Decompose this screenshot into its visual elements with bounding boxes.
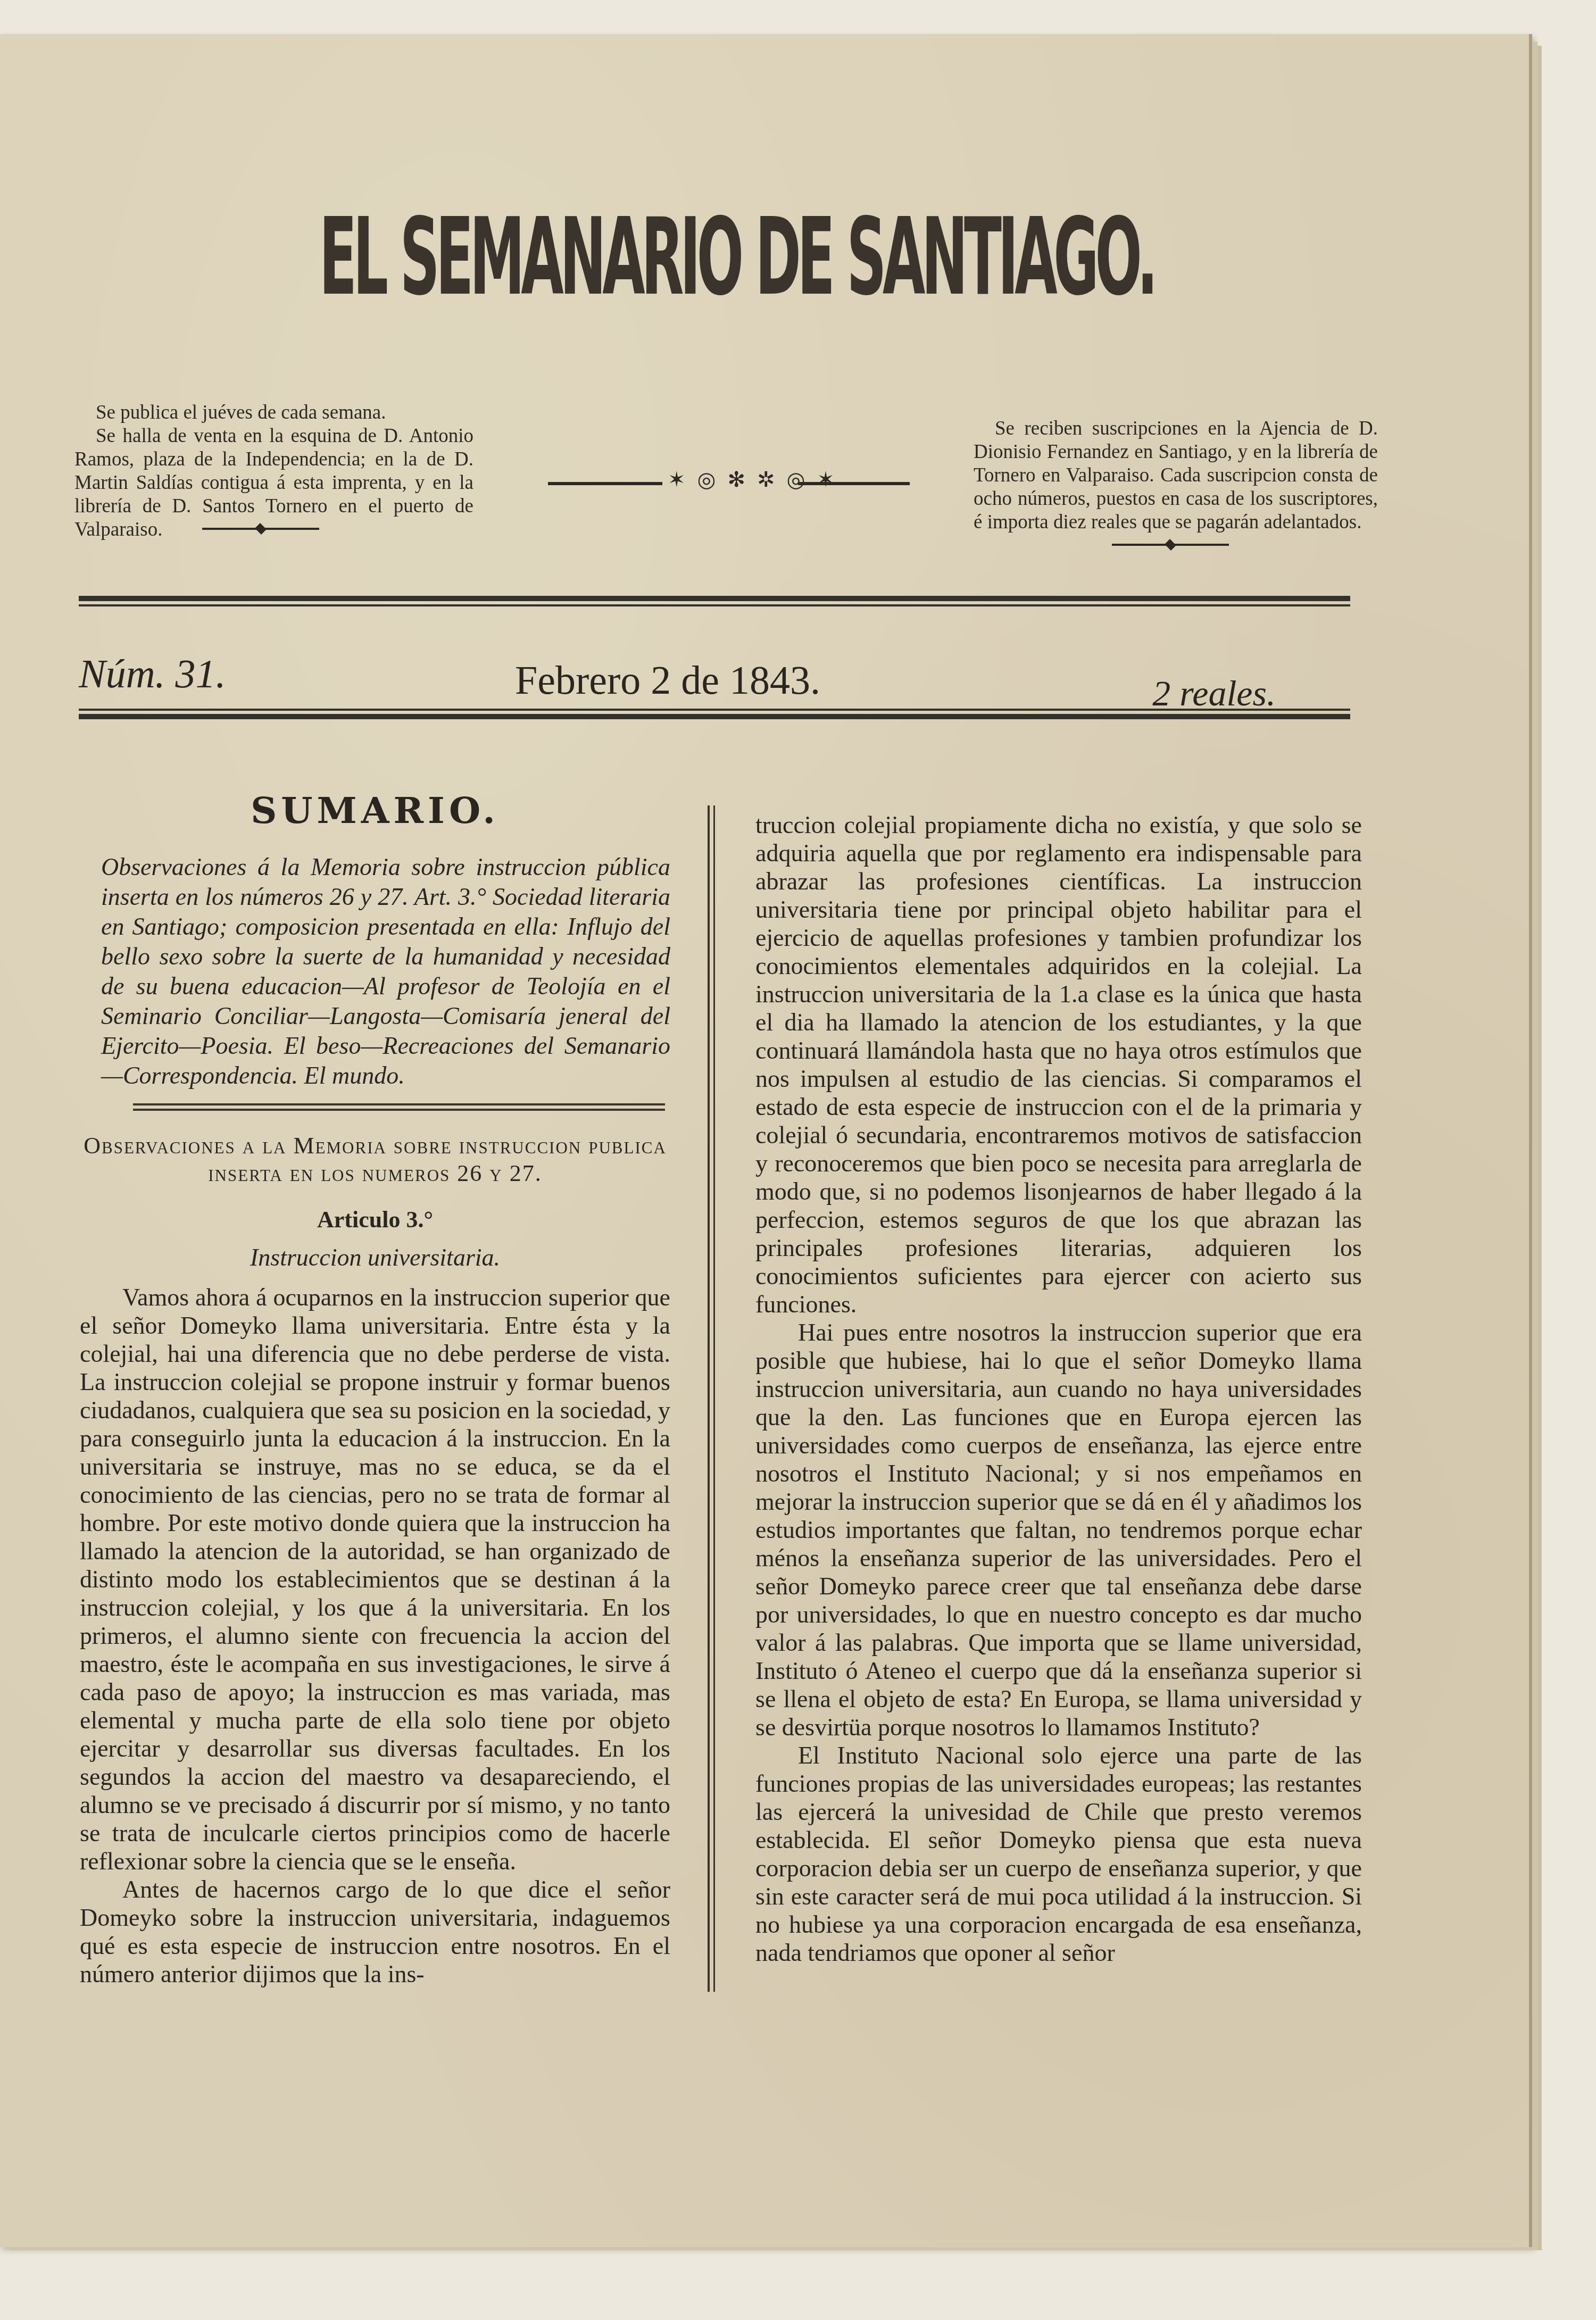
masthead-title: EL SEMANARIO DE SANTIAGO. xyxy=(319,204,1177,311)
sumario-title: SUMARIO. xyxy=(80,789,670,832)
article-number: Articulo 3.° xyxy=(80,1205,670,1234)
issue-date: Febrero 2 de 1843. xyxy=(515,658,820,704)
article-heading: Observaciones a la Memoria sobre instruc… xyxy=(80,1132,670,1187)
article-subtitle: Instruccion universitaria. xyxy=(80,1243,670,1271)
section-divider xyxy=(133,1103,665,1111)
article-paragraph: truccion colejial propiamente dicha no e… xyxy=(755,811,1362,1318)
right-column: truccion colejial propiamente dicha no e… xyxy=(755,811,1362,1967)
left-column: SUMARIO. Observaciones á la Memoria sobr… xyxy=(80,789,670,1988)
small-ornament-right xyxy=(1112,539,1229,550)
bottom-rule xyxy=(79,705,1350,719)
ornament-glyphs: ✶ ◎ ✻ ✲ ◎ ✶ xyxy=(668,467,838,492)
top-rule xyxy=(79,596,1350,610)
center-ornament: ✶ ◎ ✻ ✲ ◎ ✶ xyxy=(548,470,910,497)
page-edge xyxy=(1529,34,1532,2247)
sumario-body: Observaciones á la Memoria sobre instruc… xyxy=(80,852,670,1091)
issue-number: Núm. 31. xyxy=(79,651,226,697)
column-divider xyxy=(708,805,715,1992)
newspaper-page: EL SEMANARIO DE SANTIAGO. Se publica el … xyxy=(0,34,1532,2247)
dateline: Núm. 31. Febrero 2 de 1843. 2 reales. xyxy=(79,651,1350,694)
article-paragraph: Antes de hacernos cargo de lo que dice e… xyxy=(80,1875,670,1988)
article-paragraph: Hai pues entre nosotros la instruccion s… xyxy=(755,1318,1362,1741)
publication-schedule: Se publica el juéves de cada semana. xyxy=(74,401,473,425)
publication-info: Se publica el juéves de cada semana. Se … xyxy=(74,401,473,542)
small-ornament-left xyxy=(202,523,319,534)
article-paragraph: El Instituto Nacional solo ejerce una pa… xyxy=(755,1741,1362,1967)
subscription-info: Se reciben suscripciones en la Ajencia d… xyxy=(974,417,1378,534)
article-paragraph: Vamos ahora á ocuparnos en la instruccio… xyxy=(80,1283,670,1875)
subscription-terms: Se reciben suscripciones en la Ajencia d… xyxy=(974,417,1378,534)
